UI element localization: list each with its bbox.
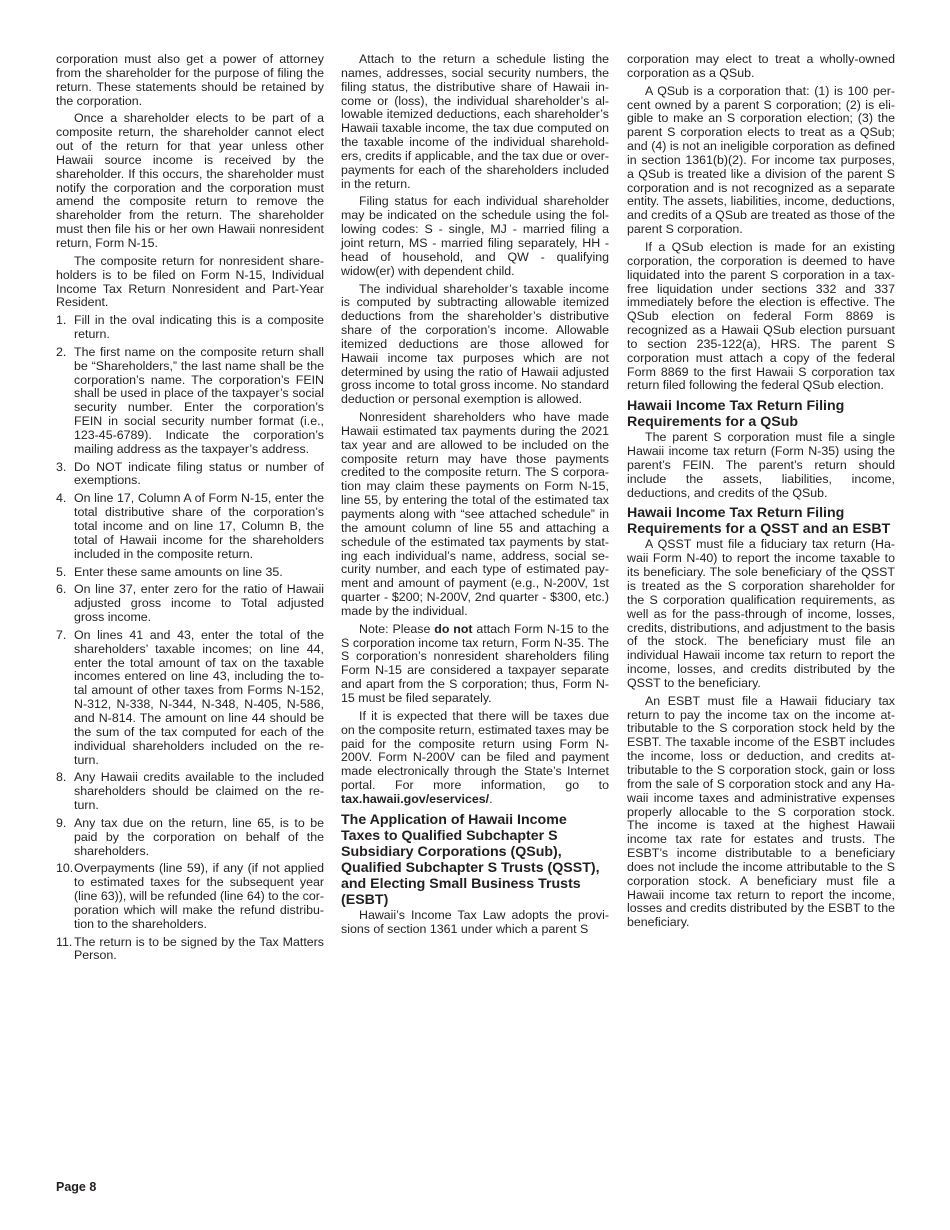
section-heading-qsub-qsst-esbt: The Application of Hawaii Income Taxes t… (341, 812, 609, 908)
left-column: corporation must also get a power of att… (56, 53, 324, 967)
list-item: 1.Fill in the oval indicating this is a … (56, 314, 324, 342)
composite-steps-list: 1.Fill in the oval indicating this is a … (56, 314, 324, 963)
list-item: 10.Overpayments (line 59), if any (if no… (56, 862, 324, 931)
list-item: 11.The return is to be signed by the Tax… (56, 936, 324, 964)
paragraph-qsub-election: If a QSub election is made for an existi… (627, 241, 895, 393)
paragraph-section-1361: Hawaii’s Income Tax Law adopts the provi… (341, 909, 609, 937)
paragraph-qsub-elect: corporation may elect to treat a wholly-… (627, 53, 895, 81)
middle-column: Attach to the return a schedule listing … (341, 53, 609, 940)
heading-qsst-esbt-filing-requirements: Hawaii Income Tax Return Filing Requirem… (627, 505, 895, 537)
paragraph-estimated-taxes: If it is expected that there will be tax… (341, 710, 609, 807)
list-item: 2.The first name on the composite return… (56, 346, 324, 457)
paragraph-attach-schedule: Attach to the return a schedule listing … (341, 53, 609, 191)
heading-qsub-filing-requirements: Hawaii Income Tax Return Filing Requirem… (627, 398, 895, 430)
eservices-link[interactable]: tax.hawaii.gov/eservices/ (341, 792, 489, 806)
list-item: 8.Any Hawaii credits available to the in… (56, 771, 324, 813)
paragraph-elect-composite: Once a shareholder elects to be part of … (56, 112, 324, 250)
paragraph-esbt: An ESBT must file a Hawaii fiduciary tax… (627, 695, 895, 930)
list-item: 9.Any tax due on the return, line 65, is… (56, 817, 324, 859)
paragraph-composite-form: The composite return for nonresident sha… (56, 255, 324, 310)
list-item: 6.On line 37, enter zero for the ratio o… (56, 583, 324, 625)
paragraph-qsst: A QSST must file a fiduciary tax return … (627, 538, 895, 690)
page-number: Page 8 (56, 1180, 96, 1194)
paragraph-estimated-payments: Nonresident shareholders who have made H… (341, 411, 609, 619)
paragraph-power-of-attorney: corporation must also get a power of att… (56, 53, 324, 108)
emphasis-do-not: do not (434, 622, 472, 636)
paragraph-filing-status-codes: Filing status for each individual shareh… (341, 195, 609, 278)
paragraph-taxable-income: The individual shareholder’s taxable inc… (341, 283, 609, 408)
paragraph-note: Note: Please do not attach Form N-15 to … (341, 623, 609, 706)
list-item: 5.Enter these same amounts on line 35. (56, 566, 324, 580)
list-item: 3.Do NOT indicate filing status or numbe… (56, 461, 324, 489)
paragraph-qsub-definition: A QSub is a corporation that: (1) is 100… (627, 85, 895, 237)
list-item: 4.On line 17, Column A of Form N-15, ent… (56, 492, 324, 561)
list-item: 7.On lines 41 and 43, enter the total of… (56, 629, 324, 767)
right-column: corporation may elect to treat a wholly-… (627, 53, 895, 934)
paragraph-qsub-filing: The parent S corporation must file a sin… (627, 431, 895, 500)
